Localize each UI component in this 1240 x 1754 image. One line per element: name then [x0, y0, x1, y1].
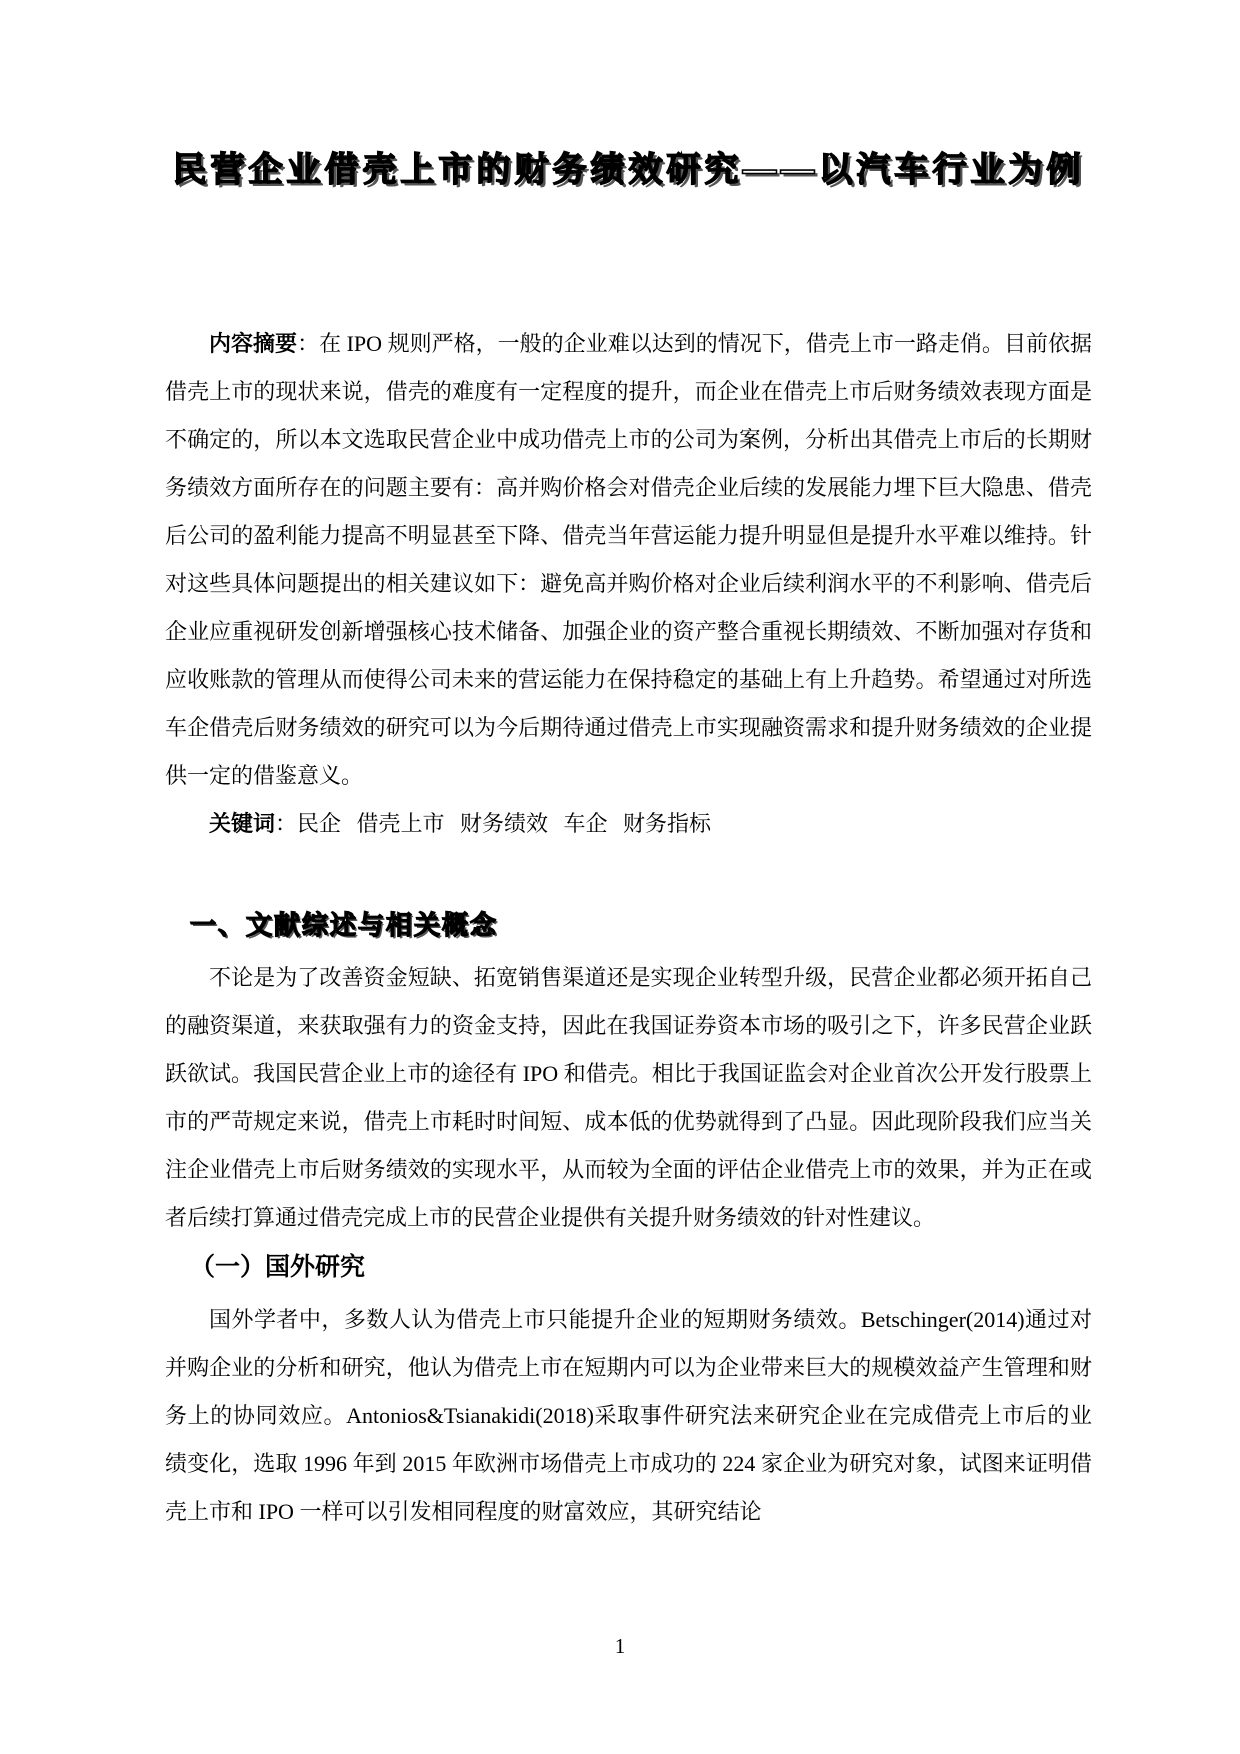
- section-paragraph: 国外学者中，多数人认为借壳上市只能提升企业的短期财务绩效。Betschinger…: [165, 1296, 1092, 1536]
- keywords-text: 民企 借壳上市 财务绩效 车企 财务指标: [297, 811, 711, 836]
- page-number: 1: [0, 1634, 1240, 1659]
- abstract-paragraph: 内容摘要：在 IPO 规则严格，一般的企业难以达到的情况下，借壳上市一路走俏。目…: [165, 320, 1092, 800]
- abstract-text: 在 IPO 规则严格，一般的企业难以达到的情况下，借壳上市一路走俏。目前依据借壳…: [165, 331, 1092, 788]
- section-paragraph: 不论是为了改善资金短缺、拓宽销售渠道还是实现企业转型升级，民营企业都必须开拓自己…: [165, 954, 1092, 1242]
- document-title: 民营企业借壳上市的财务绩效研究——以汽车行业为例: [165, 140, 1092, 200]
- document-content: 民营企业借壳上市的财务绩效研究——以汽车行业为例 内容摘要：在 IPO 规则严格…: [0, 140, 1240, 1536]
- subsection-heading-foreign-research: （一）国外研究: [165, 1247, 1092, 1287]
- abstract-colon: ：: [297, 331, 319, 356]
- keywords-label: 关键词: [209, 811, 275, 836]
- section-heading-literature-review: 一、文献综述与相关概念: [165, 905, 1092, 945]
- keywords-colon: ：: [275, 811, 297, 836]
- document-page: 民营企业借壳上市的财务绩效研究——以汽车行业为例 内容摘要：在 IPO 规则严格…: [0, 0, 1240, 1754]
- abstract-label: 内容摘要: [209, 331, 297, 356]
- keywords-line: 关键词：民企 借壳上市 财务绩效 车企 财务指标: [165, 800, 1092, 848]
